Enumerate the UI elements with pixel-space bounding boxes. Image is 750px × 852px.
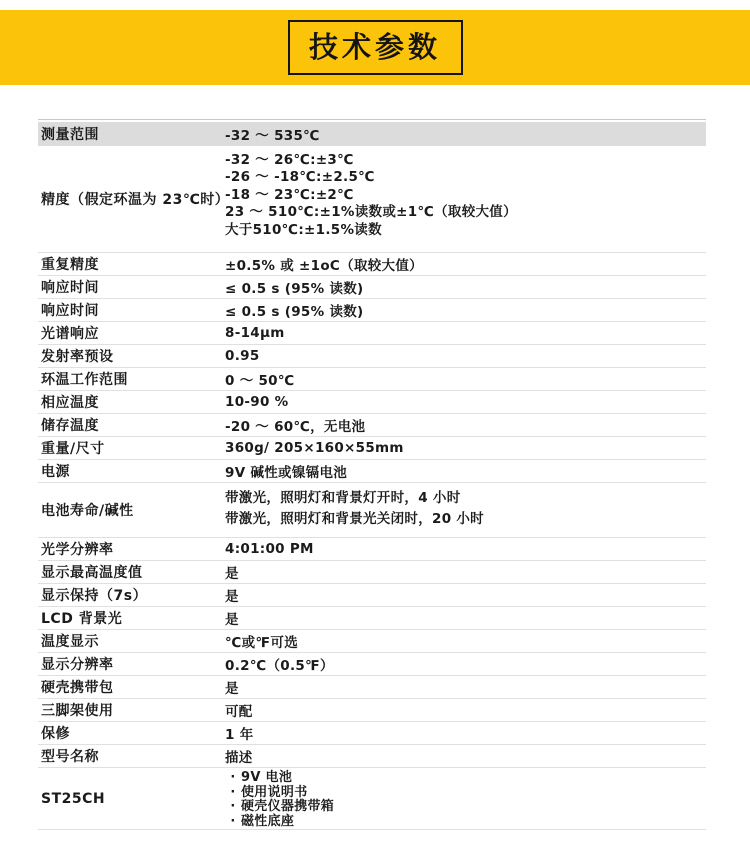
spec-label-text: 显示最高温度值 xyxy=(41,562,143,582)
spec-label: 显示最高温度值 xyxy=(38,561,225,583)
table-row: 保修1 年 xyxy=(38,722,706,745)
spec-value-text: -20 ～ 60℃，无电池 xyxy=(225,415,365,435)
spec-label-text: 三脚架使用 xyxy=(41,700,114,720)
table-row: 重复精度±0.5% 或 ±1oC（取较大值） xyxy=(38,253,706,276)
spec-bullet-text: 磁性底座 xyxy=(241,815,294,830)
spec-value: ≤ 0.5 s (95% 读数) xyxy=(225,299,706,321)
spec-value-text: 是 xyxy=(225,677,239,697)
spec-value-line: 23 ～ 510℃:±1%读数或±1℃（取较大值） xyxy=(225,204,517,221)
spec-value-text: 360g/ 205×160×55mm xyxy=(225,440,404,456)
spec-value-text: ±0.5% 或 ±1oC（取较大值） xyxy=(225,254,423,274)
spec-value: -20 ～ 60℃，无电池 xyxy=(225,414,706,436)
spec-label-text: 硬壳携带包 xyxy=(41,677,114,697)
spec-label: 型号名称 xyxy=(38,745,225,767)
spec-label: 重复精度 xyxy=(38,253,225,275)
spec-value-text: -32 ～ 535℃ xyxy=(225,124,320,144)
spec-value: ·9V 电池·使用说明书·硬壳仪器携带箱·磁性底座 xyxy=(225,768,706,829)
spec-value: 描述 xyxy=(225,745,706,767)
spec-value: 带激光，照明灯和背景灯开时，4 小时带激光，照明灯和背景光关闭时，20 小时 xyxy=(225,483,706,537)
spec-value-text: 4:01:00 PM xyxy=(225,541,314,557)
spec-value: ±0.5% 或 ±1oC（取较大值） xyxy=(225,253,706,275)
spec-value: 可配 xyxy=(225,699,706,721)
bullet-dot-icon: · xyxy=(225,815,241,830)
spec-label: 硬壳携带包 xyxy=(38,676,225,698)
spec-label: 三脚架使用 xyxy=(38,699,225,721)
spec-label-text: 光谱响应 xyxy=(41,323,99,343)
table-row: 响应时间≤ 0.5 s (95% 读数) xyxy=(38,299,706,322)
spec-value: 8-14μm xyxy=(225,322,706,344)
spec-bullet-text: 使用说明书 xyxy=(241,786,308,801)
spec-value-text: ≤ 0.5 s (95% 读数) xyxy=(225,277,364,297)
spec-value-text: ℃或℉可选 xyxy=(225,631,298,651)
spec-label-text: 光学分辨率 xyxy=(41,539,114,559)
spec-value-text: 0.95 xyxy=(225,348,260,364)
spec-label-text: 重复精度 xyxy=(41,254,99,274)
spec-label: 重量/尺寸 xyxy=(38,437,225,459)
spec-label: 响应时间 xyxy=(38,299,225,321)
table-row: 储存温度-20 ～ 60℃，无电池 xyxy=(38,414,706,437)
spec-label-text: 重量/尺寸 xyxy=(41,438,105,458)
spec-bullet-list: ·9V 电池·使用说明书·硬壳仪器携带箱·磁性底座 xyxy=(225,768,334,829)
spec-value: 是 xyxy=(225,607,706,629)
spec-label: 测量范围 xyxy=(38,122,225,146)
spec-value-line: -18 ～ 23℃:±2℃ xyxy=(225,187,517,204)
spec-bullet-item: ·硬壳仪器携带箱 xyxy=(225,800,334,815)
spec-label-text: 电池寿命/碱性 xyxy=(41,500,134,520)
spec-value: -32 ～ 26℃:±3℃-26 ～ -18℃:±2.5℃-18 ～ 23℃:±… xyxy=(225,146,706,252)
table-row: 重量/尺寸360g/ 205×160×55mm xyxy=(38,437,706,460)
table-row: 显示分辨率0.2℃（0.5℉） xyxy=(38,653,706,676)
spec-value: 0.2℃（0.5℉） xyxy=(225,653,706,675)
spec-value-line: 带激光，照明灯和背景灯开时，4 小时 xyxy=(225,488,484,509)
spec-label: 光学分辨率 xyxy=(38,538,225,560)
spec-label: 光谱响应 xyxy=(38,322,225,344)
spec-label-text: 电源 xyxy=(41,461,70,481)
spec-label-text: ST25CH xyxy=(41,791,105,807)
spec-label: 响应时间 xyxy=(38,276,225,298)
spec-label: 显示分辨率 xyxy=(38,653,225,675)
bullet-dot-icon: · xyxy=(225,786,241,801)
table-row: 温度显示℃或℉可选 xyxy=(38,630,706,653)
spec-label: 保修 xyxy=(38,722,225,744)
table-row: ST25CH·9V 电池·使用说明书·硬壳仪器携带箱·磁性底座 xyxy=(38,768,706,830)
spec-value-line: -32 ～ 26℃:±3℃ xyxy=(225,152,517,169)
spec-value: 是 xyxy=(225,584,706,606)
spec-value: ≤ 0.5 s (95% 读数) xyxy=(225,276,706,298)
spec-label: LCD 背景光 xyxy=(38,607,225,629)
spec-value: 10-90 % xyxy=(225,391,706,413)
table-row: 三脚架使用可配 xyxy=(38,699,706,722)
spec-label: 电池寿命/碱性 xyxy=(38,483,225,537)
spec-label: 发射率预设 xyxy=(38,345,225,367)
table-row: 响应时间≤ 0.5 s (95% 读数) xyxy=(38,276,706,299)
spec-label-text: 储存温度 xyxy=(41,415,99,435)
bullet-dot-icon: · xyxy=(225,800,241,815)
spec-value-text: ≤ 0.5 s (95% 读数) xyxy=(225,300,364,320)
spec-value: -32 ～ 535℃ xyxy=(225,122,706,146)
spec-label: 储存温度 xyxy=(38,414,225,436)
spec-value-text: 0 ～ 50℃ xyxy=(225,369,295,389)
spec-label-text: 响应时间 xyxy=(41,277,99,297)
spec-value: 9V 碱性或镍镉电池 xyxy=(225,460,706,482)
spec-label-text: 精度（假定环温为 23℃时） xyxy=(41,189,229,209)
spec-bullet-item: ·使用说明书 xyxy=(225,786,334,801)
spec-label-text: 显示保持（7s） xyxy=(41,585,147,605)
spec-value-line: 大于510℃:±1.5%读数 xyxy=(225,222,517,239)
table-row: 显示保持（7s）是 xyxy=(38,584,706,607)
spec-label-text: 环温工作范围 xyxy=(41,369,128,389)
spec-value-text: 0.2℃（0.5℉） xyxy=(225,654,334,674)
spec-label-text: 温度显示 xyxy=(41,631,99,651)
spec-value: 0.95 xyxy=(225,345,706,367)
spec-bullet-text: 硬壳仪器携带箱 xyxy=(241,800,334,815)
spec-label: 精度（假定环温为 23℃时） xyxy=(38,146,225,252)
spec-value-lines: 带激光，照明灯和背景灯开时，4 小时带激光，照明灯和背景光关闭时，20 小时 xyxy=(225,483,484,530)
spec-label-text: 型号名称 xyxy=(41,746,99,766)
spec-value-text: 10-90 % xyxy=(225,394,289,410)
spec-label-text: 响应时间 xyxy=(41,300,99,320)
spec-label-text: 保修 xyxy=(41,723,70,743)
table-row: 发射率预设0.95 xyxy=(38,345,706,368)
table-row: LCD 背景光是 xyxy=(38,607,706,630)
spec-value-line: -26 ～ -18℃:±2.5℃ xyxy=(225,169,517,186)
spec-value-text: 9V 碱性或镍镉电池 xyxy=(225,461,347,481)
table-row: 光学分辨率4:01:00 PM xyxy=(38,538,706,561)
table-row: 型号名称描述 xyxy=(38,745,706,768)
spec-label: 环温工作范围 xyxy=(38,368,225,390)
table-row: 电池寿命/碱性带激光，照明灯和背景灯开时，4 小时带激光，照明灯和背景光关闭时，… xyxy=(38,483,706,538)
table-row: 显示最高温度值是 xyxy=(38,561,706,584)
spec-value-text: 8-14μm xyxy=(225,325,285,341)
spec-bullet-item: ·磁性底座 xyxy=(225,815,334,830)
spec-value-text: 是 xyxy=(225,608,239,628)
banner-spacer xyxy=(0,85,750,119)
table-row: 精度（假定环温为 23℃时）-32 ～ 26℃:±3℃-26 ～ -18℃:±2… xyxy=(38,146,706,253)
section-title: 技术参数 xyxy=(309,33,441,62)
top-spacer xyxy=(0,0,750,10)
spec-value-text: 可配 xyxy=(225,700,253,720)
spec-label: 电源 xyxy=(38,460,225,482)
spec-value-text: 是 xyxy=(225,562,239,582)
section-banner: 技术参数 xyxy=(0,10,750,85)
spec-value: 1 年 xyxy=(225,722,706,744)
table-row: 测量范围-32 ～ 535℃ xyxy=(38,122,706,146)
spec-label-text: 相应温度 xyxy=(41,392,99,412)
spec-label: 相应温度 xyxy=(38,391,225,413)
spec-label-text: 测量范围 xyxy=(41,124,99,144)
table-row: 相应温度10-90 % xyxy=(38,391,706,414)
spec-bullet-text: 9V 电池 xyxy=(241,771,292,786)
spec-value-line: 带激光，照明灯和背景光关闭时，20 小时 xyxy=(225,509,484,530)
spec-label-text: LCD 背景光 xyxy=(41,608,122,628)
spec-value: 360g/ 205×160×55mm xyxy=(225,437,706,459)
spec-value-text: 1 年 xyxy=(225,723,254,743)
spec-label: 温度显示 xyxy=(38,630,225,652)
spec-label: ST25CH xyxy=(38,768,225,829)
spec-value: 是 xyxy=(225,676,706,698)
spec-value: 4:01:00 PM xyxy=(225,538,706,560)
spec-value-text: 描述 xyxy=(225,746,253,766)
spec-value: 是 xyxy=(225,561,706,583)
spec-value: 0 ～ 50℃ xyxy=(225,368,706,390)
table-row: 电源9V 碱性或镍镉电池 xyxy=(38,460,706,483)
spec-bullet-item: ·9V 电池 xyxy=(225,771,334,786)
section-title-box: 技术参数 xyxy=(288,20,463,75)
table-row: 环温工作范围0 ～ 50℃ xyxy=(38,368,706,391)
spec-label: 显示保持（7s） xyxy=(38,584,225,606)
bullet-dot-icon: · xyxy=(225,771,241,786)
table-row: 硬壳携带包是 xyxy=(38,676,706,699)
spec-label-text: 发射率预设 xyxy=(41,346,114,366)
spec-table: 测量范围-32 ～ 535℃精度（假定环温为 23℃时）-32 ～ 26℃:±3… xyxy=(38,119,706,830)
bottom-spacer xyxy=(0,830,750,852)
table-row: 光谱响应8-14μm xyxy=(38,322,706,345)
spec-label-text: 显示分辨率 xyxy=(41,654,114,674)
spec-value-text: 是 xyxy=(225,585,239,605)
spec-value: ℃或℉可选 xyxy=(225,630,706,652)
spec-value-lines: -32 ～ 26℃:±3℃-26 ～ -18℃:±2.5℃-18 ～ 23℃:±… xyxy=(225,146,517,239)
